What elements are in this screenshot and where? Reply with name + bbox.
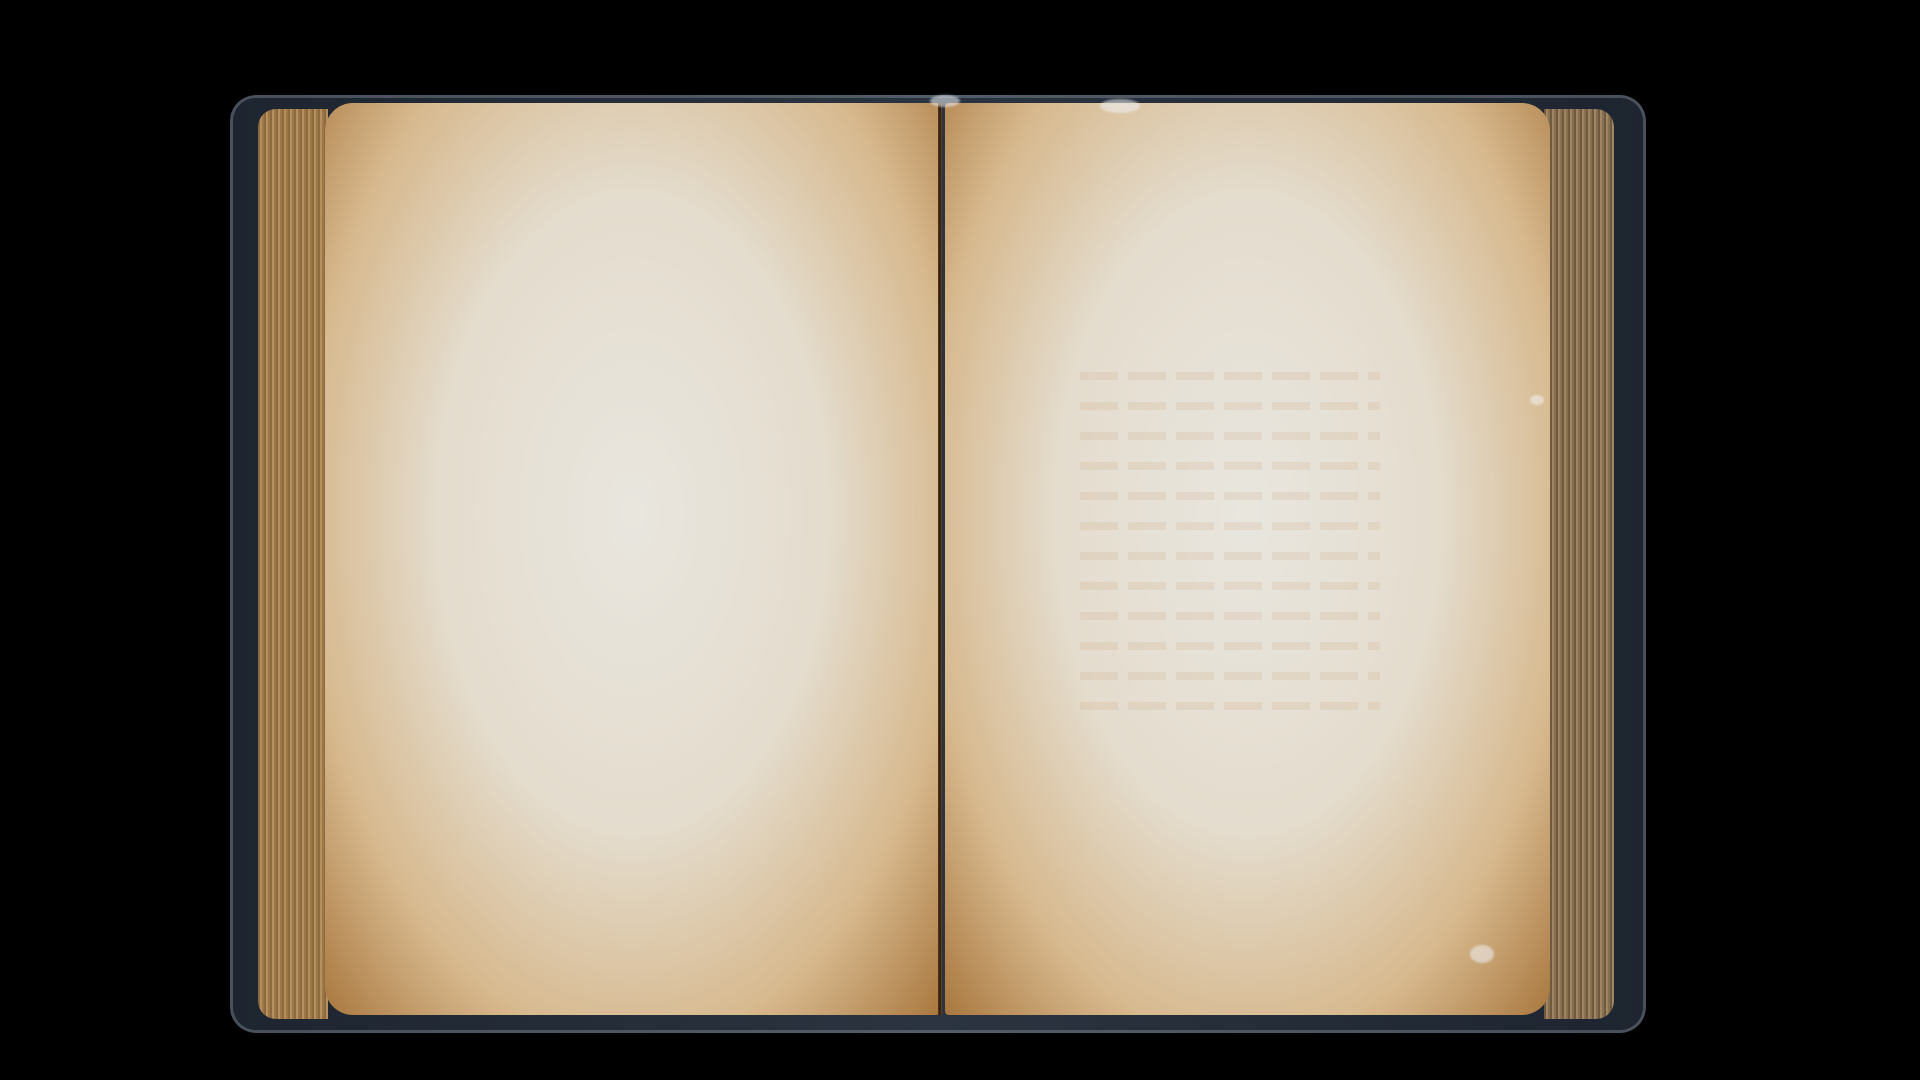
faded-line: [1080, 672, 1380, 680]
frost-speck: [930, 95, 960, 107]
faded-line: [1080, 642, 1380, 650]
faded-line: [1080, 372, 1380, 380]
book-spine-gutter: [938, 103, 942, 1015]
open-book: [230, 95, 1646, 1033]
frost-speck: [1470, 945, 1494, 963]
faded-line: [1080, 402, 1380, 410]
faded-line: [1080, 582, 1380, 590]
faded-line: [1080, 552, 1380, 560]
faded-line: [1080, 462, 1380, 470]
left-page-edges: [258, 109, 328, 1019]
faded-line: [1080, 492, 1380, 500]
frost-speck: [1530, 395, 1544, 405]
left-page: [325, 103, 940, 1015]
faded-line: [1080, 522, 1380, 530]
faded-line: [1080, 432, 1380, 440]
faded-line: [1080, 702, 1380, 710]
faded-bleed-through-text: [1080, 350, 1380, 732]
faded-line: [1080, 612, 1380, 620]
right-page-edges: [1544, 109, 1614, 1019]
frost-speck: [1100, 99, 1140, 113]
